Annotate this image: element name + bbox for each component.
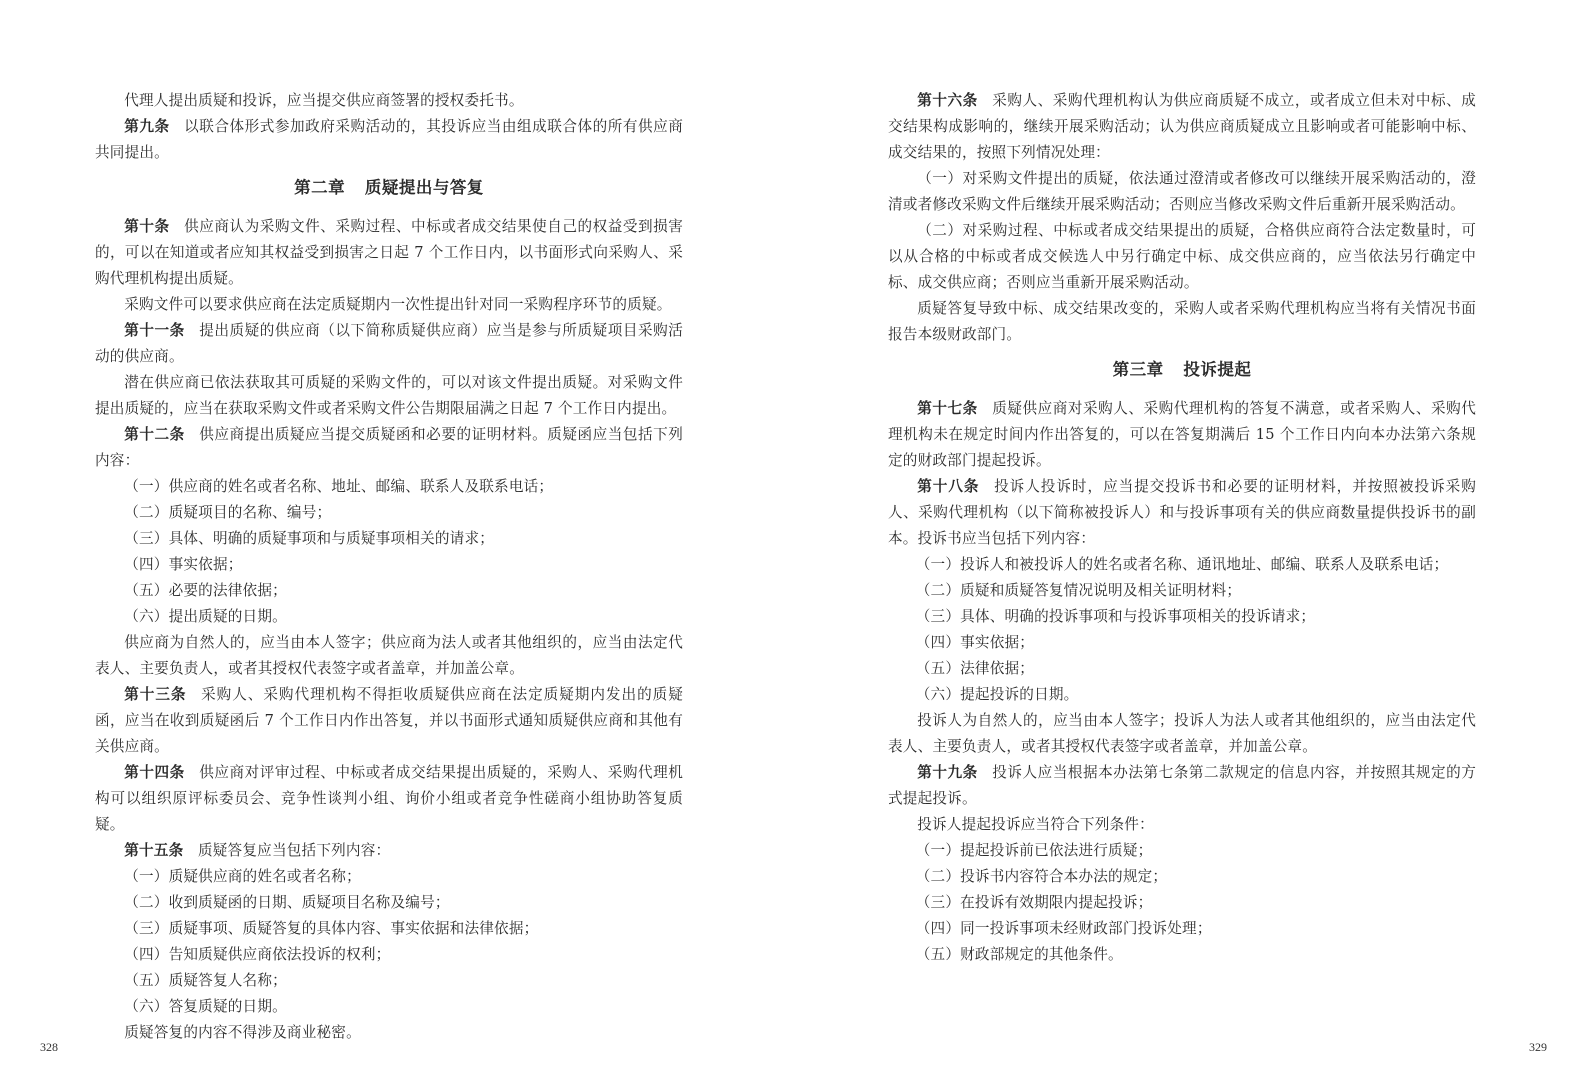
article-label: 第十六条: [917, 92, 978, 109]
list-item: （四）告知质疑供应商依法投诉的权利；: [95, 942, 683, 968]
chapter-number: 第二章: [294, 178, 345, 197]
list-item: （五）质疑答复人名称；: [95, 968, 683, 994]
right-page: 第十六条采购人、采购代理机构认为供应商质疑不成立，或者成立但未对中标、成交结果构…: [794, 0, 1587, 1077]
list-item: （四）同一投诉事项未经财政部门投诉处理；: [888, 916, 1476, 942]
article-13: 第十三条采购人、采购代理机构不得拒收质疑供应商在法定质疑期内发出的质疑函，应当在…: [95, 682, 683, 760]
article-label: 第十三条: [124, 686, 186, 703]
article-text: 以联合体形式参加政府采购活动的，其投诉应当由组成联合体的所有供应商共同提出。: [95, 118, 683, 161]
article-label: 第十八条: [917, 478, 979, 495]
article-17: 第十七条质疑供应商对采购人、采购代理机构的答复不满意，或者采购人、采购代理机构未…: [888, 396, 1476, 474]
page-number: 328: [40, 1040, 58, 1055]
chapter-title: 投诉提起: [1183, 360, 1251, 379]
paragraph: （一）对采购文件提出的质疑，依法通过澄清或者修改可以继续开展采购活动的，澄清或者…: [888, 166, 1476, 218]
list-item: （三）在投诉有效期限内提起投诉；: [888, 890, 1476, 916]
paragraph: （二）对采购过程、中标或者成交结果提出的质疑，合格供应商符合法定数量时，可以从合…: [888, 218, 1476, 296]
list-item: （六）答复质疑的日期。: [95, 994, 683, 1020]
left-page-body: 代理人提出质疑和投诉，应当提交供应商签署的授权委托书。 第九条以联合体形式参加政…: [95, 88, 683, 1046]
paragraph: 投诉人提起投诉应当符合下列条件：: [888, 812, 1476, 838]
article-15: 第十五条质疑答复应当包括下列内容：: [95, 838, 683, 864]
list-item: （五）法律依据；: [888, 656, 1476, 682]
list-item: （六）提出质疑的日期。: [95, 604, 683, 630]
article-label: 第十二条: [124, 426, 185, 443]
chapter-title: 质疑提出与答复: [365, 178, 484, 197]
article-19: 第十九条投诉人应当根据本办法第七条第二款规定的信息内容，并按照其规定的方式提起投…: [888, 760, 1476, 812]
paragraph: 代理人提出质疑和投诉，应当提交供应商签署的授权委托书。: [95, 88, 683, 114]
list-item: （三）质疑事项、质疑答复的具体内容、事实依据和法律依据；: [95, 916, 683, 942]
article-label: 第十四条: [124, 764, 185, 781]
left-page: 代理人提出质疑和投诉，应当提交供应商签署的授权委托书。 第九条以联合体形式参加政…: [0, 0, 793, 1077]
list-item: （二）收到质疑函的日期、质疑项目名称及编号；: [95, 890, 683, 916]
article-label: 第十九条: [917, 764, 978, 781]
chapter-heading: 第二章质疑提出与答复: [95, 173, 683, 203]
list-item: （六）提起投诉的日期。: [888, 682, 1476, 708]
list-item: （四）事实依据；: [888, 630, 1476, 656]
list-item: （二）投诉书内容符合本办法的规定；: [888, 864, 1476, 890]
list-item: （一）提起投诉前已依法进行质疑；: [888, 838, 1476, 864]
article-10: 第十条供应商认为采购文件、采购过程、中标或者成交结果使自己的权益受到损害的，可以…: [95, 214, 683, 292]
list-item: （五）财政部规定的其他条件。: [888, 942, 1476, 968]
article-label: 第九条: [124, 118, 169, 135]
article-label: 第十一条: [124, 322, 185, 339]
paragraph: 采购文件可以要求供应商在法定质疑期内一次性提出针对同一采购程序环节的质疑。: [95, 292, 683, 318]
list-item: （三）具体、明确的投诉事项和与投诉事项相关的投诉请求；: [888, 604, 1476, 630]
right-page-body: 第十六条采购人、采购代理机构认为供应商质疑不成立，或者成立但未对中标、成交结果构…: [888, 88, 1476, 968]
list-item: （二）质疑项目的名称、编号；: [95, 500, 683, 526]
paragraph: 投诉人为自然人的，应当由本人签字；投诉人为法人或者其他组织的，应当由法定代表人、…: [888, 708, 1476, 760]
paragraph: 质疑答复导致中标、成交结果改变的，采购人或者采购代理机构应当将有关情况书面报告本…: [888, 296, 1476, 348]
list-item: （三）具体、明确的质疑事项和与质疑事项相关的请求；: [95, 526, 683, 552]
article-11: 第十一条提出质疑的供应商（以下简称质疑供应商）应当是参与所质疑项目采购活动的供应…: [95, 318, 683, 370]
list-item: （二）质疑和质疑答复情况说明及相关证明材料；: [888, 578, 1476, 604]
article-16: 第十六条采购人、采购代理机构认为供应商质疑不成立，或者成立但未对中标、成交结果构…: [888, 88, 1476, 166]
list-item: （五）必要的法律依据；: [95, 578, 683, 604]
list-item: （一）质疑供应商的姓名或者名称；: [95, 864, 683, 890]
list-item: （一）供应商的姓名或者名称、地址、邮编、联系人及联系电话；: [95, 474, 683, 500]
paragraph: 质疑答复的内容不得涉及商业秘密。: [95, 1020, 683, 1046]
article-text: 质疑答复应当包括下列内容：: [198, 842, 390, 859]
page-number: 329: [1529, 1040, 1547, 1055]
article-text: 供应商认为采购文件、采购过程、中标或者成交结果使自己的权益受到损害的，可以在知道…: [95, 218, 683, 287]
article-9: 第九条以联合体形式参加政府采购活动的，其投诉应当由组成联合体的所有供应商共同提出…: [95, 114, 683, 166]
article-18: 第十八条投诉人投诉时，应当提交投诉书和必要的证明材料，并按照被投诉采购人、采购代…: [888, 474, 1476, 552]
chapter-heading: 第三章投诉提起: [888, 355, 1476, 385]
article-14: 第十四条供应商对评审过程、中标或者成交结果提出质疑的，采购人、采购代理机构可以组…: [95, 760, 683, 838]
chapter-number: 第三章: [1113, 360, 1164, 379]
list-item: （一）投诉人和被投诉人的姓名或者名称、通讯地址、邮编、联系人及联系电话；: [888, 552, 1476, 578]
article-label: 第十五条: [124, 842, 183, 859]
article-label: 第十七条: [917, 400, 978, 417]
paragraph: 供应商为自然人的，应当由本人签字；供应商为法人或者其他组织的，应当由法定代表人、…: [95, 630, 683, 682]
paragraph: 潜在供应商已依法获取其可质疑的采购文件的，可以对该文件提出质疑。对采购文件提出质…: [95, 370, 683, 422]
article-12: 第十二条供应商提出质疑应当提交质疑函和必要的证明材料。质疑函应当包括下列内容：: [95, 422, 683, 474]
article-label: 第十条: [124, 218, 169, 235]
list-item: （四）事实依据；: [95, 552, 683, 578]
